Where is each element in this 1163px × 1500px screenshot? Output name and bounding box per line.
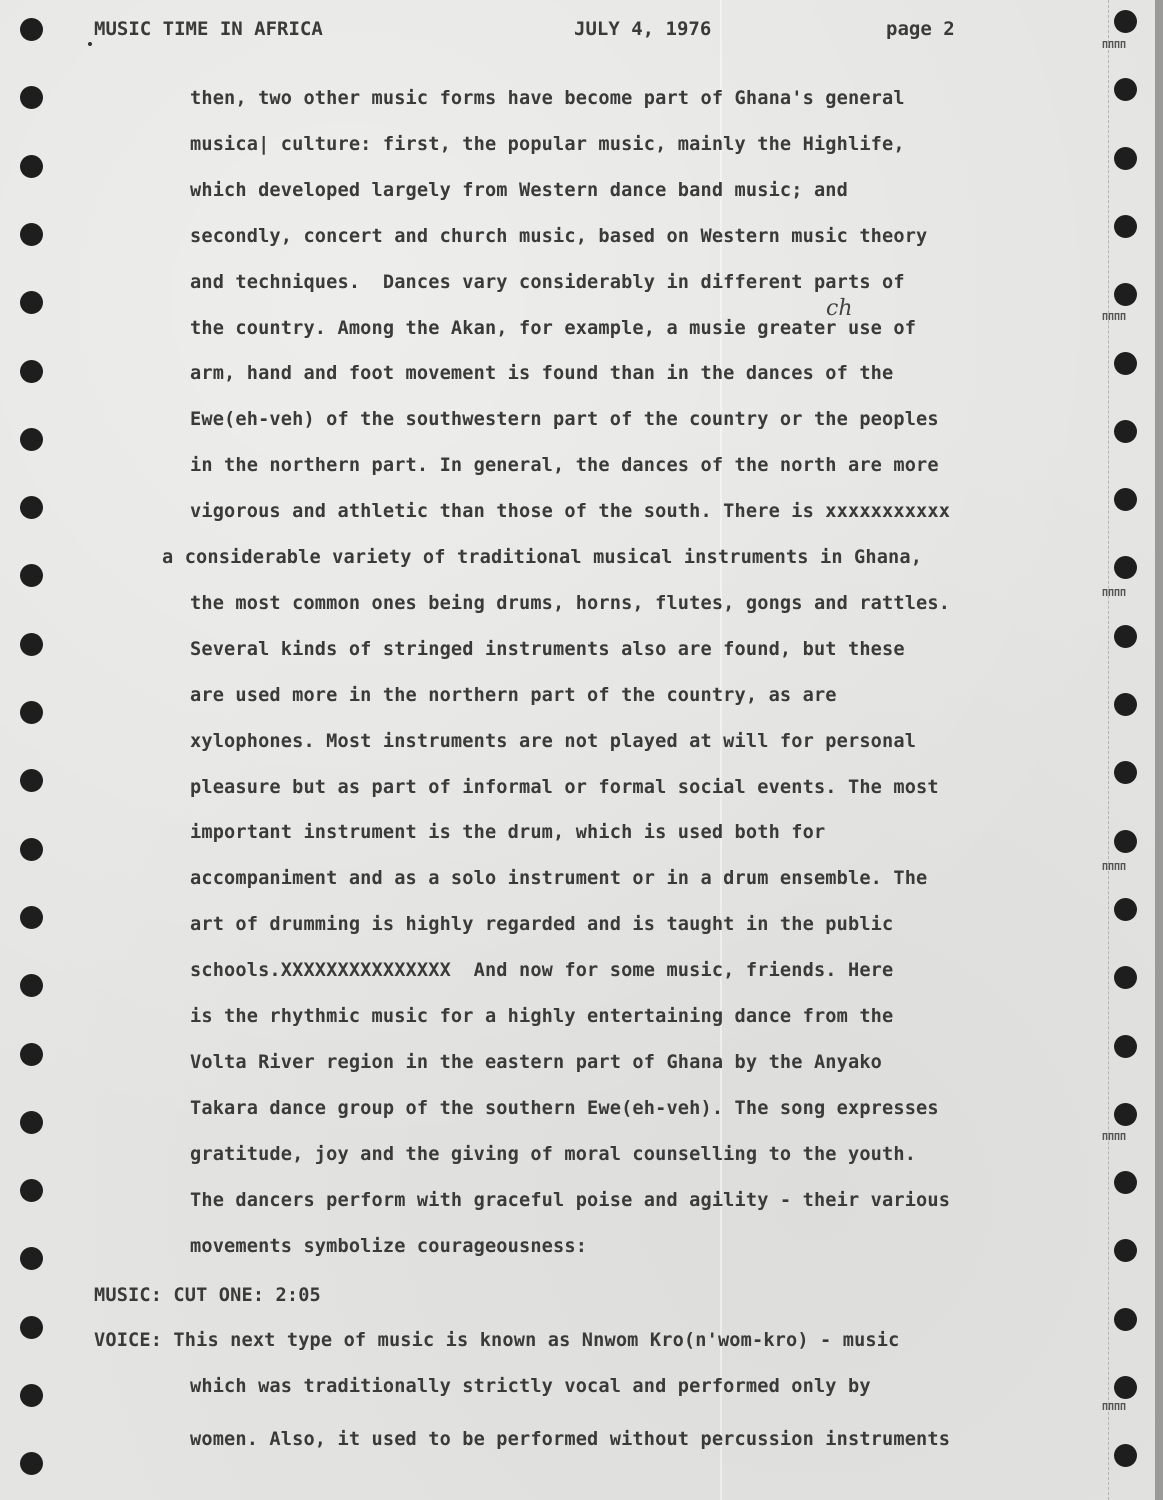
feed-mark: ΠΠΠΠ bbox=[1102, 588, 1126, 599]
body-line: The dancers perform with graceful poise … bbox=[190, 1190, 950, 1211]
tractor-hole bbox=[20, 906, 43, 929]
tractor-hole bbox=[20, 1111, 43, 1134]
tractor-hole bbox=[20, 701, 43, 724]
body-line: vigorous and athletic than those of the … bbox=[190, 501, 950, 522]
tractor-hole bbox=[1114, 966, 1137, 989]
tractor-hole bbox=[1114, 147, 1137, 170]
body-line: important instrument is the drum, which … bbox=[190, 822, 825, 843]
body-line: Several kinds of stringed instruments al… bbox=[190, 639, 905, 660]
body-line: gratitude, joy and the giving of moral c… bbox=[190, 1144, 916, 1165]
tractor-hole bbox=[20, 564, 43, 587]
feed-mark: ΠΠΠΠ bbox=[1102, 312, 1126, 323]
tractor-hole bbox=[20, 1043, 43, 1066]
body-line: xylophones. Most instruments are not pla… bbox=[190, 731, 916, 752]
tractor-hole bbox=[1114, 830, 1137, 853]
body-line: which developed largely from Western dan… bbox=[190, 180, 848, 201]
body-line: arm, hand and foot movement is found tha… bbox=[190, 363, 893, 384]
body-line: in the northern part. In general, the da… bbox=[190, 455, 939, 476]
body-line: the country. Among the Akan, for example… bbox=[190, 318, 916, 339]
tractor-hole bbox=[20, 223, 43, 246]
typewritten-page: ΠΠΠΠΠΠΠΠΠΠΠΠΠΠΠΠΠΠΠΠΠΠΠΠ MUSIC TIME IN A… bbox=[0, 0, 1163, 1500]
voice-line: which was traditionally strictly vocal a… bbox=[190, 1376, 871, 1397]
voice-line: women. Also, it used to be performed wit… bbox=[190, 1429, 950, 1450]
tractor-hole bbox=[20, 86, 43, 109]
tractor-hole bbox=[1114, 1308, 1137, 1331]
tractor-hole bbox=[20, 633, 43, 656]
tractor-hole bbox=[1114, 1444, 1137, 1467]
tractor-hole bbox=[20, 1452, 43, 1475]
tractor-hole bbox=[1114, 78, 1137, 101]
tractor-hole bbox=[20, 974, 43, 997]
tractor-hole bbox=[20, 496, 43, 519]
tractor-hole bbox=[20, 838, 43, 861]
handwritten-correction: ch bbox=[826, 296, 853, 321]
feed-mark: ΠΠΠΠ bbox=[1102, 1132, 1126, 1143]
body-line: a considerable variety of traditional mu… bbox=[162, 547, 922, 568]
tractor-hole bbox=[1114, 556, 1137, 579]
tractor-hole bbox=[1114, 898, 1137, 921]
tractor-hole bbox=[1114, 283, 1137, 306]
tractor-hole bbox=[1114, 352, 1137, 375]
tractor-hole bbox=[1114, 1171, 1137, 1194]
tractor-hole bbox=[1114, 420, 1137, 443]
voice-cue: VOICE: This next type of music is known … bbox=[94, 1330, 899, 1351]
tractor-hole bbox=[20, 769, 43, 792]
body-line: schools.XXXXXXXXXXXXXXX And now for some… bbox=[190, 960, 893, 981]
tractor-hole bbox=[20, 1316, 43, 1339]
body-line: pleasure but as part of informal or form… bbox=[190, 777, 939, 798]
tractor-hole bbox=[1114, 1239, 1137, 1262]
page-number: page 2 bbox=[886, 18, 955, 40]
tractor-hole bbox=[20, 291, 43, 314]
body-line: Ewe(eh-veh) of the southwestern part of … bbox=[190, 409, 939, 430]
tractor-hole bbox=[1114, 761, 1137, 784]
body-line: are used more in the northern part of th… bbox=[190, 685, 837, 706]
tractor-hole bbox=[1114, 1376, 1137, 1399]
tractor-hole bbox=[1114, 10, 1137, 33]
body-line: Takara dance group of the southern Ewe(e… bbox=[190, 1098, 939, 1119]
music-cue: MUSIC: CUT ONE: 2:05 bbox=[94, 1285, 321, 1306]
tractor-hole bbox=[1114, 1103, 1137, 1126]
tractor-hole bbox=[20, 1247, 43, 1270]
broadcast-date: JULY 4, 1976 bbox=[574, 18, 711, 40]
page-header: MUSIC TIME IN AFRICA JULY 4, 1976 page 2 bbox=[94, 18, 1103, 48]
feed-mark: ΠΠΠΠ bbox=[1102, 1402, 1126, 1413]
body-line: Volta River region in the eastern part o… bbox=[190, 1052, 882, 1073]
ink-speck bbox=[88, 42, 92, 46]
perforation-line bbox=[1108, 0, 1109, 1500]
body-line: the most common ones being drums, horns,… bbox=[190, 593, 950, 614]
tractor-hole bbox=[20, 1384, 43, 1407]
body-line: and techniques. Dances vary considerably… bbox=[190, 272, 905, 293]
tractor-hole bbox=[1114, 693, 1137, 716]
tractor-hole bbox=[20, 1179, 43, 1202]
program-title: MUSIC TIME IN AFRICA bbox=[94, 18, 323, 40]
feed-mark: ΠΠΠΠ bbox=[1102, 40, 1126, 51]
tractor-hole bbox=[20, 155, 43, 178]
body-line: art of drumming is highly regarded and i… bbox=[190, 914, 893, 935]
tractor-hole bbox=[1114, 625, 1137, 648]
body-line: secondly, concert and church music, base… bbox=[190, 226, 927, 247]
body-line: musica| culture: first, the popular musi… bbox=[190, 134, 905, 155]
body-line: then, two other music forms have become … bbox=[190, 88, 905, 109]
tractor-hole bbox=[20, 360, 43, 383]
body-line: accompaniment and as a solo instrument o… bbox=[190, 868, 927, 889]
tractor-hole bbox=[20, 18, 43, 41]
body-line: movements symbolize courageousness: bbox=[190, 1236, 587, 1257]
body-line: is the rhythmic music for a highly enter… bbox=[190, 1006, 893, 1027]
tractor-hole bbox=[1114, 1035, 1137, 1058]
page-edge bbox=[1155, 0, 1163, 1500]
feed-mark: ΠΠΠΠ bbox=[1102, 862, 1126, 873]
tractor-hole bbox=[1114, 488, 1137, 511]
tractor-hole bbox=[1114, 215, 1137, 238]
tractor-hole bbox=[20, 428, 43, 451]
